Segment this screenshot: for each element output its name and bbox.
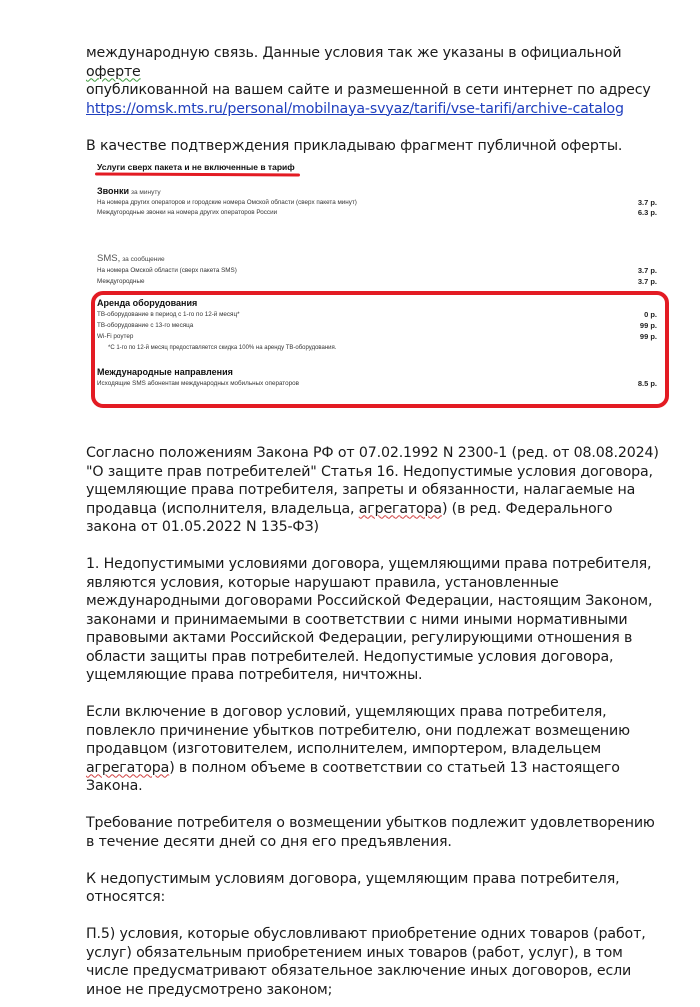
red-highlight-box bbox=[91, 291, 669, 408]
calls-row: На номера других операторов и городские … bbox=[97, 199, 657, 206]
calls-row: Междугородные звонки на номера других оп… bbox=[97, 209, 657, 216]
unacceptable-terms-intro: К недопустимым условиям договора, ущемля… bbox=[86, 870, 666, 907]
law-section: Согласно положениям Закона РФ от 07.02.1… bbox=[86, 444, 666, 999]
damages-paragraph: Если включение в договор условий, ущемля… bbox=[86, 703, 666, 796]
tariff-archive-link[interactable]: https://omsk.mts.ru/personal/mobilnaya-s… bbox=[86, 101, 624, 117]
damages-deadline-paragraph: Требование потребителя о возмещении убыт… bbox=[86, 814, 666, 851]
calls-heading: Звонки за минуту bbox=[97, 186, 161, 196]
sms-row: На номера Омской области (сверх пакета S… bbox=[97, 267, 657, 274]
spellcheck-word: агрегатора bbox=[359, 501, 442, 517]
law-point-1-paragraph: 1. Недопустимыми условиями договора, уще… bbox=[86, 555, 666, 685]
spellcheck-word: оферте bbox=[86, 64, 141, 80]
point-5-paragraph: П.5) условия, которые обусловливают прио… bbox=[86, 925, 666, 999]
sms-row: Междугородные 3.7 р. bbox=[97, 278, 657, 285]
intro-text-2: опубликованной на вашем сайте и размешен… bbox=[86, 82, 651, 98]
spellcheck-word: агрегатора bbox=[86, 760, 169, 776]
law-intro-paragraph: Согласно положениям Закона РФ от 07.02.1… bbox=[86, 444, 666, 537]
red-underline-annotation bbox=[95, 172, 300, 176]
sms-heading: SMS, за сообщение bbox=[97, 253, 165, 264]
offer-title: Услуги сверх пакета и не включенные в та… bbox=[97, 162, 295, 172]
document-body: международную связь. Данные условия так … bbox=[86, 44, 666, 155]
intro-text: международную связь. Данные условия так … bbox=[86, 45, 621, 61]
intro-paragraph: международную связь. Данные условия так … bbox=[86, 44, 666, 118]
